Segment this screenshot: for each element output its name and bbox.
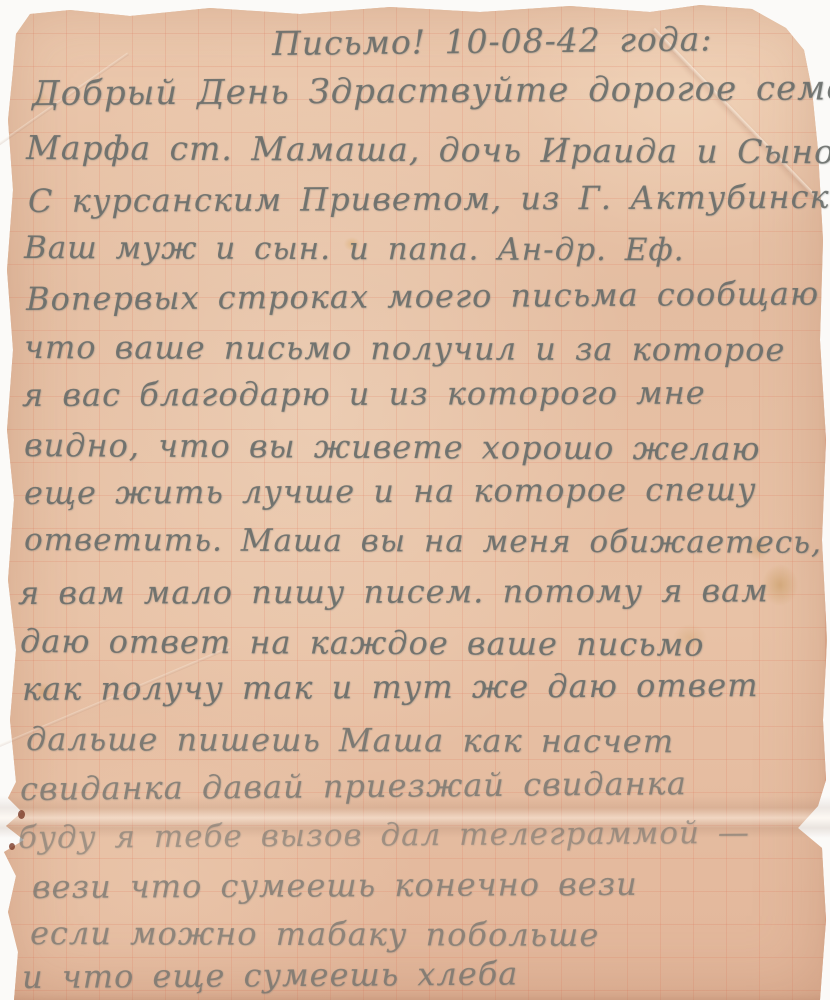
letter-line: даю ответ на каждое ваше письмо bbox=[20, 622, 705, 664]
letter-line: если можно табаку побольше bbox=[30, 914, 599, 954]
letter-line: еще жить лучше и на которое спешу bbox=[24, 470, 757, 512]
letter-line: и что еще сумеешь хлеба bbox=[22, 955, 519, 996]
letter-line: дальше пишешь Маша как насчет bbox=[26, 720, 674, 760]
letter-line: я вас благодарю и из которого мне bbox=[22, 374, 706, 414]
letter-line: буду я тебе вызов дал телеграммой — bbox=[18, 815, 750, 856]
letter-line: вези что сумеешь конечно вези bbox=[32, 865, 638, 906]
letter-line: я вам мало пишу писем. потому я вам bbox=[18, 571, 769, 612]
letter-line: С курсанским Приветом, из Г. Актубинска bbox=[28, 178, 830, 220]
letter-heading: Письмо! 10-08-42 года: bbox=[272, 19, 713, 63]
letter-scan: Письмо! 10-08-42 года: Добрый День Здрас… bbox=[0, 0, 830, 1000]
letter-line: Вопервых строках моего письма сообщаю bbox=[26, 274, 819, 318]
letter-line: Добрый День Здраствуйте дорогое семейств… bbox=[32, 67, 830, 114]
letter-line: свиданка давай приезжай свиданка bbox=[20, 764, 687, 808]
paper-speck bbox=[9, 843, 15, 850]
letter-line: видно, что вы живете хорошо желаю bbox=[24, 426, 761, 468]
letter-line: что ваше письмо получил и за которое bbox=[24, 328, 786, 369]
letter-line: как получу так и тут же даю ответ bbox=[22, 666, 759, 708]
paper-speck bbox=[18, 810, 25, 819]
letter-line: ответить. Маша вы на меня обижаетесь, чт… bbox=[24, 522, 830, 561]
letter-line: Марфа ст. Мамаша, дочь Ираида и Сынок Юр… bbox=[26, 128, 830, 172]
letter-line: Ваш муж и сын. и папа. Ан-др. Еф. bbox=[24, 230, 685, 268]
